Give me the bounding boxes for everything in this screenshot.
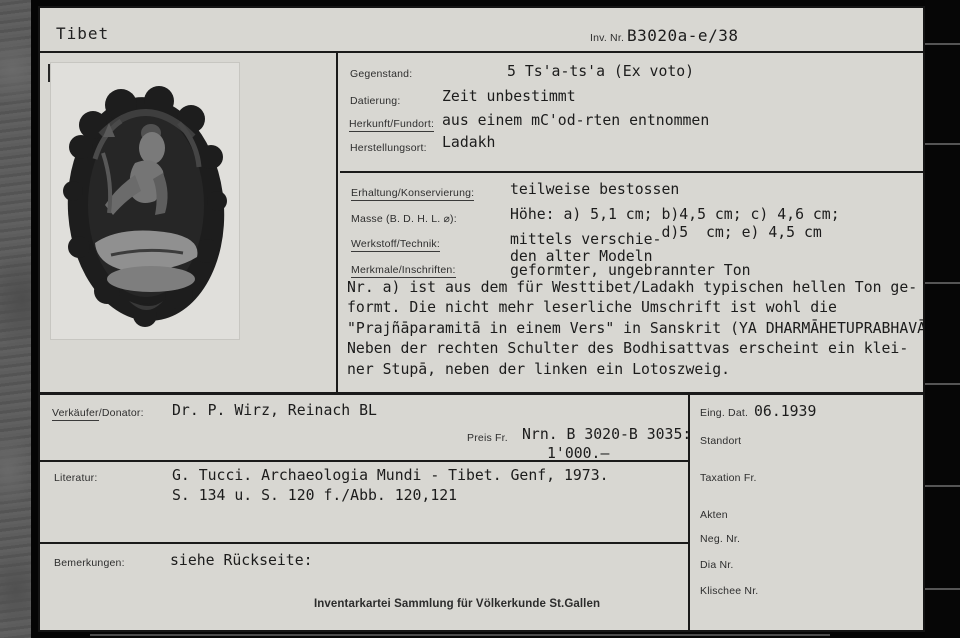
inventory-card: Tibet Inv. Nr. B3020a-e/38 [38,6,925,632]
field-label-verkaeufer: Verkäufer/Donator: [52,407,144,419]
field-label-neg-nr: Neg. Nr. [700,533,740,545]
card-region-title: Tibet [56,24,109,43]
header-divider [40,51,923,53]
field-label-bemerkungen: Bemerkungen: [54,557,125,569]
field-label-taxation: Taxation Fr. [700,472,757,484]
field-label-standort: Standort [700,435,741,447]
field-label-dia-nr: Dia Nr. [700,559,734,571]
film-edge-right [925,0,960,638]
field-label-eing-dat: Eing. Dat. [700,407,748,419]
field-label-merkmale: Merkmale/Inschriften: [351,264,456,278]
field-value-herkunft: aus einem mC'od-rten entnommen [442,111,709,131]
artifact-photo [50,62,240,340]
literature-remarks-divider [40,542,688,544]
inventory-number-label: Inv. Nr. [590,32,624,44]
field-label-datierung: Datierung: [350,95,400,107]
verkaeufer-label-underlined: Verkäufer [52,407,99,421]
donator-label-rest: /Donator: [99,407,144,419]
film-rule-mark [925,43,960,45]
film-bottom-mark [90,634,830,636]
werkstoff-value-main: mittels verschie- [510,231,661,248]
field-value-masse: Höhe: a) 5,1 cm; b)4,5 cm; c) 4,6 cm; [510,205,840,225]
seller-literature-divider [40,460,688,462]
film-rule-mark [925,588,960,590]
field-value-erhaltung: teilweise bestossen [510,180,679,200]
werkstoff-value-sup: d)5 cm; e) 4,5 cm [661,224,821,241]
field-label-herstellungsort: Herstellungsort: [350,142,427,154]
description-line: formt. Die nicht mehr leserliche Umschri… [347,298,837,318]
field-label-gegenstand: Gegenstand: [350,68,412,80]
field-label-akten: Akten [700,509,728,521]
film-rule-mark [925,143,960,145]
film-rule-mark [925,282,960,284]
field-label-herkunft: Herkunft/Fundort: [349,118,434,132]
field-value-datierung: Zeit unbestimmt [442,87,576,107]
film-rule-mark [925,383,960,385]
description-line: Neben der rechten Schulter des Bodhisatt… [347,339,908,359]
field-label-masse: Masse (B. D. H. L. ⌀): [351,213,457,225]
main-section-divider [40,392,923,395]
description-line: "Prajñāparamitā in einem Vers" in Sanskr… [347,319,925,339]
tsa-tsa-relief-image [51,63,239,339]
field-value-verkaeufer: Dr. P. Wirz, Reinach BL [172,401,377,421]
inventory-number-value: B3020a-e/38 [627,26,738,45]
literature-line: S. 134 u. S. 120 f./Abb. 120,121 [172,486,457,506]
photo-fields-divider [336,53,338,392]
film-edge-left [0,0,31,638]
field-value-eing-dat: 06.1939 [754,402,816,422]
literature-line: G. Tucci. Archaeologia Mundi - Tibet. Ge… [172,466,609,486]
field-label-klischee-nr: Klischee Nr. [700,585,758,597]
field-label-literatur: Literatur: [54,472,97,484]
field-label-werkstoff: Werkstoff/Technik: [351,238,440,252]
field-value-preis-nrn: Nrn. B 3020-B 3035: [522,425,691,445]
microfilm-frame: Tibet Inv. Nr. B3020a-e/38 [0,0,960,638]
field-value-herstellungsort: Ladakh [442,133,495,153]
film-rule-mark [925,485,960,487]
description-line: Nr. a) ist aus dem für Westtibet/Ladakh … [347,278,917,298]
description-line: ner Stupā, neben der linken ein Lotoszwe… [347,360,730,380]
object-condition-divider [340,171,923,173]
field-value-bemerkungen: siehe Rückseite: [170,551,313,571]
field-label-preis: Preis Fr. [467,432,508,444]
field-value-gegenstand: 5 Ts'a-ts'a (Ex voto) [507,62,694,82]
card-footer-imprint: Inventarkartei Sammlung für Völkerkunde … [314,598,600,610]
field-label-erhaltung: Erhaltung/Konservierung: [351,187,474,201]
